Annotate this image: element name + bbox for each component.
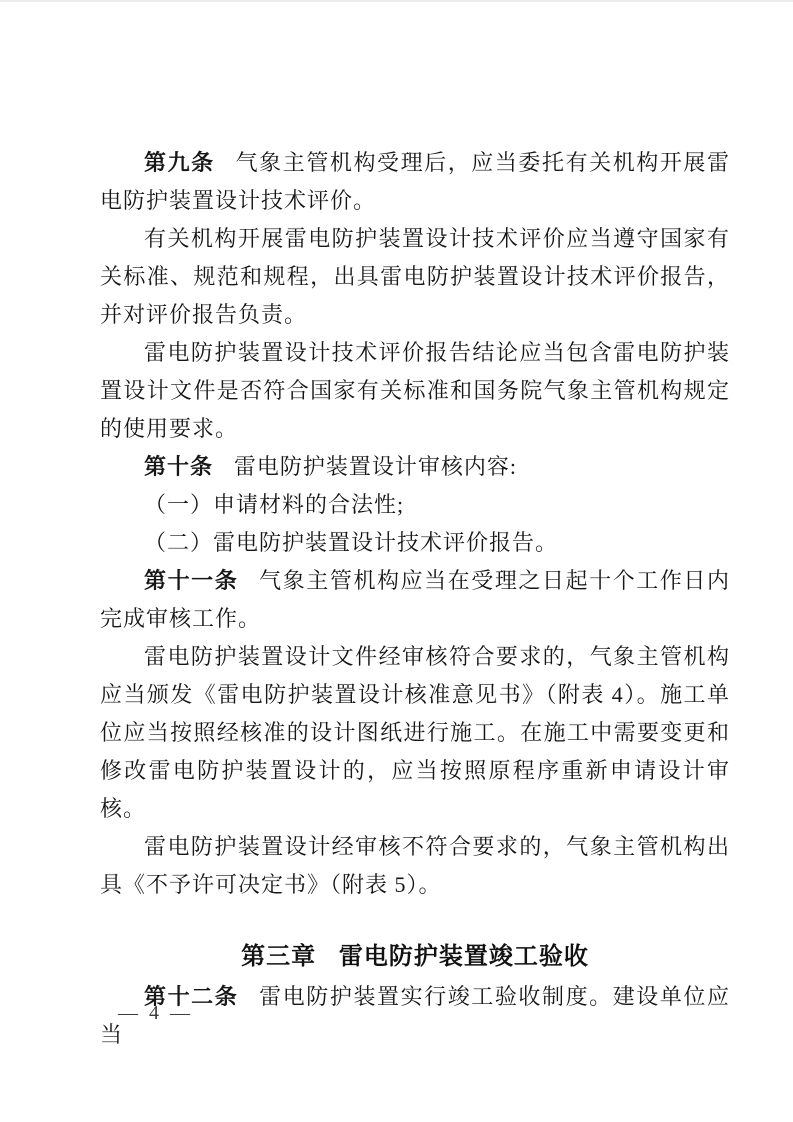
chapter-heading: 第三章雷电防护装置竣工验收 <box>100 936 730 978</box>
article-number-label: 第十一条 <box>144 568 238 593</box>
paragraph-text: 雷电防护装置设计技术评价报告结论应当包含雷电防护装置设计文件是否符合国家有关标准… <box>100 340 730 441</box>
scan-top-edge <box>0 0 793 2</box>
list-item-1: （一）申请材料的合法性; <box>100 486 730 524</box>
paragraph-text: 雷电防护装置设计经审核不符合要求的，气象主管机构出具《不予许可决定书》（附表 5… <box>100 834 730 897</box>
article-text: 雷电防护装置设计审核内容: <box>234 454 517 479</box>
list-item-text: （一）申请材料的合法性; <box>144 492 404 517</box>
article-paragraph-12: 第十二条雷电防护装置实行竣工验收制度。建设单位应当 <box>100 978 730 1054</box>
body-paragraph: 雷电防护装置设计技术评价报告结论应当包含雷电防护装置设计文件是否符合国家有关标准… <box>100 334 730 448</box>
chapter-title: 雷电防护装置竣工验收 <box>339 943 589 970</box>
chapter-number-label: 第三章 <box>241 943 316 970</box>
article-paragraph-9: 第九条气象主管机构受理后，应当委托有关机构开展雷电防护装置设计技术评价。 <box>100 144 730 220</box>
body-paragraph: 有关机构开展雷电防护装置设计技术评价应当遵守国家有关标准、规范和规程，出具雷电防… <box>100 220 730 334</box>
article-paragraph-11: 第十一条气象主管机构应当在受理之日起十个工作日内完成审核工作。 <box>100 562 730 638</box>
document-page: 第九条气象主管机构受理后，应当委托有关机构开展雷电防护装置设计技术评价。 有关机… <box>0 0 793 1122</box>
body-paragraph: 雷电防护装置设计经审核不符合要求的，气象主管机构出具《不予许可决定书》（附表 5… <box>100 828 730 904</box>
body-paragraph: 雷电防护装置设计文件经审核符合要求的，气象主管机构应当颁发《雷电防护装置设计核准… <box>100 638 730 828</box>
paragraph-text: 雷电防护装置设计文件经审核符合要求的，气象主管机构应当颁发《雷电防护装置设计核准… <box>100 644 730 821</box>
article-paragraph-10: 第十条雷电防护装置设计审核内容: <box>100 448 730 486</box>
article-number-label: 第十条 <box>144 454 213 479</box>
list-item-2: （二）雷电防护装置设计技术评价报告。 <box>100 524 730 562</box>
paragraph-text: 有关机构开展雷电防护装置设计技术评价应当遵守国家有关标准、规范和规程，出具雷电防… <box>100 226 730 327</box>
article-number-label: 第九条 <box>144 150 215 175</box>
page-number: — 4 — <box>118 1000 193 1026</box>
document-body: 第九条气象主管机构受理后，应当委托有关机构开展雷电防护装置设计技术评价。 有关机… <box>100 144 730 1054</box>
list-item-text: （二）雷电防护装置设计技术评价报告。 <box>144 530 558 555</box>
